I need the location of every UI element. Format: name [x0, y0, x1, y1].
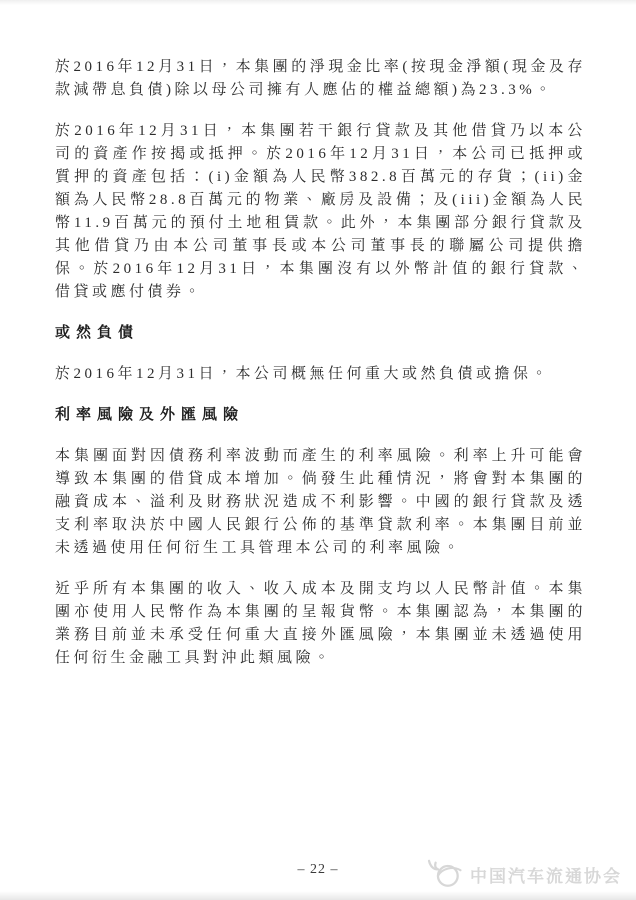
document-body: 於2016年12月31日，本集團的淨現金比率(按現金淨額(現金及存款減帶息負債)… [55, 56, 586, 688]
document-page: 於2016年12月31日，本集團的淨現金比率(按現金淨額(現金及存款減帶息負債)… [0, 0, 636, 900]
paragraph-contingent-liabilities: 於2016年12月31日，本公司概無任何重大或然負債或擔保。 [55, 363, 586, 386]
watermark: 中国汽车流通协会 [426, 858, 622, 890]
paragraph-interest-rate-risk: 本集團面對因債務利率波動而產生的利率風險。利率上升可能會導致本集團的借貸成本增加… [55, 445, 586, 560]
watermark-label: 中国汽车流通协会 [470, 862, 622, 887]
paragraph-net-cash-ratio: 於2016年12月31日，本集團的淨現金比率(按現金淨額(現金及存款減帶息負債)… [55, 56, 586, 102]
paragraph-pledged-assets: 於2016年12月31日，本集團若干銀行貸款及其他借貸乃以本公司的資產作按揭或抵… [55, 120, 586, 304]
paragraph-fx-risk: 近乎所有本集團的收入、收入成本及開支均以人民幣計值。本集團亦使用人民幣作為本集團… [55, 578, 586, 670]
page-footer: – 22 – 中国汽车流通协会 [0, 858, 636, 894]
cada-logo-icon [426, 858, 464, 890]
heading-interest-fx-risk: 利率風險及外匯風險 [55, 404, 586, 427]
heading-contingent-liabilities: 或然負債 [55, 322, 586, 345]
